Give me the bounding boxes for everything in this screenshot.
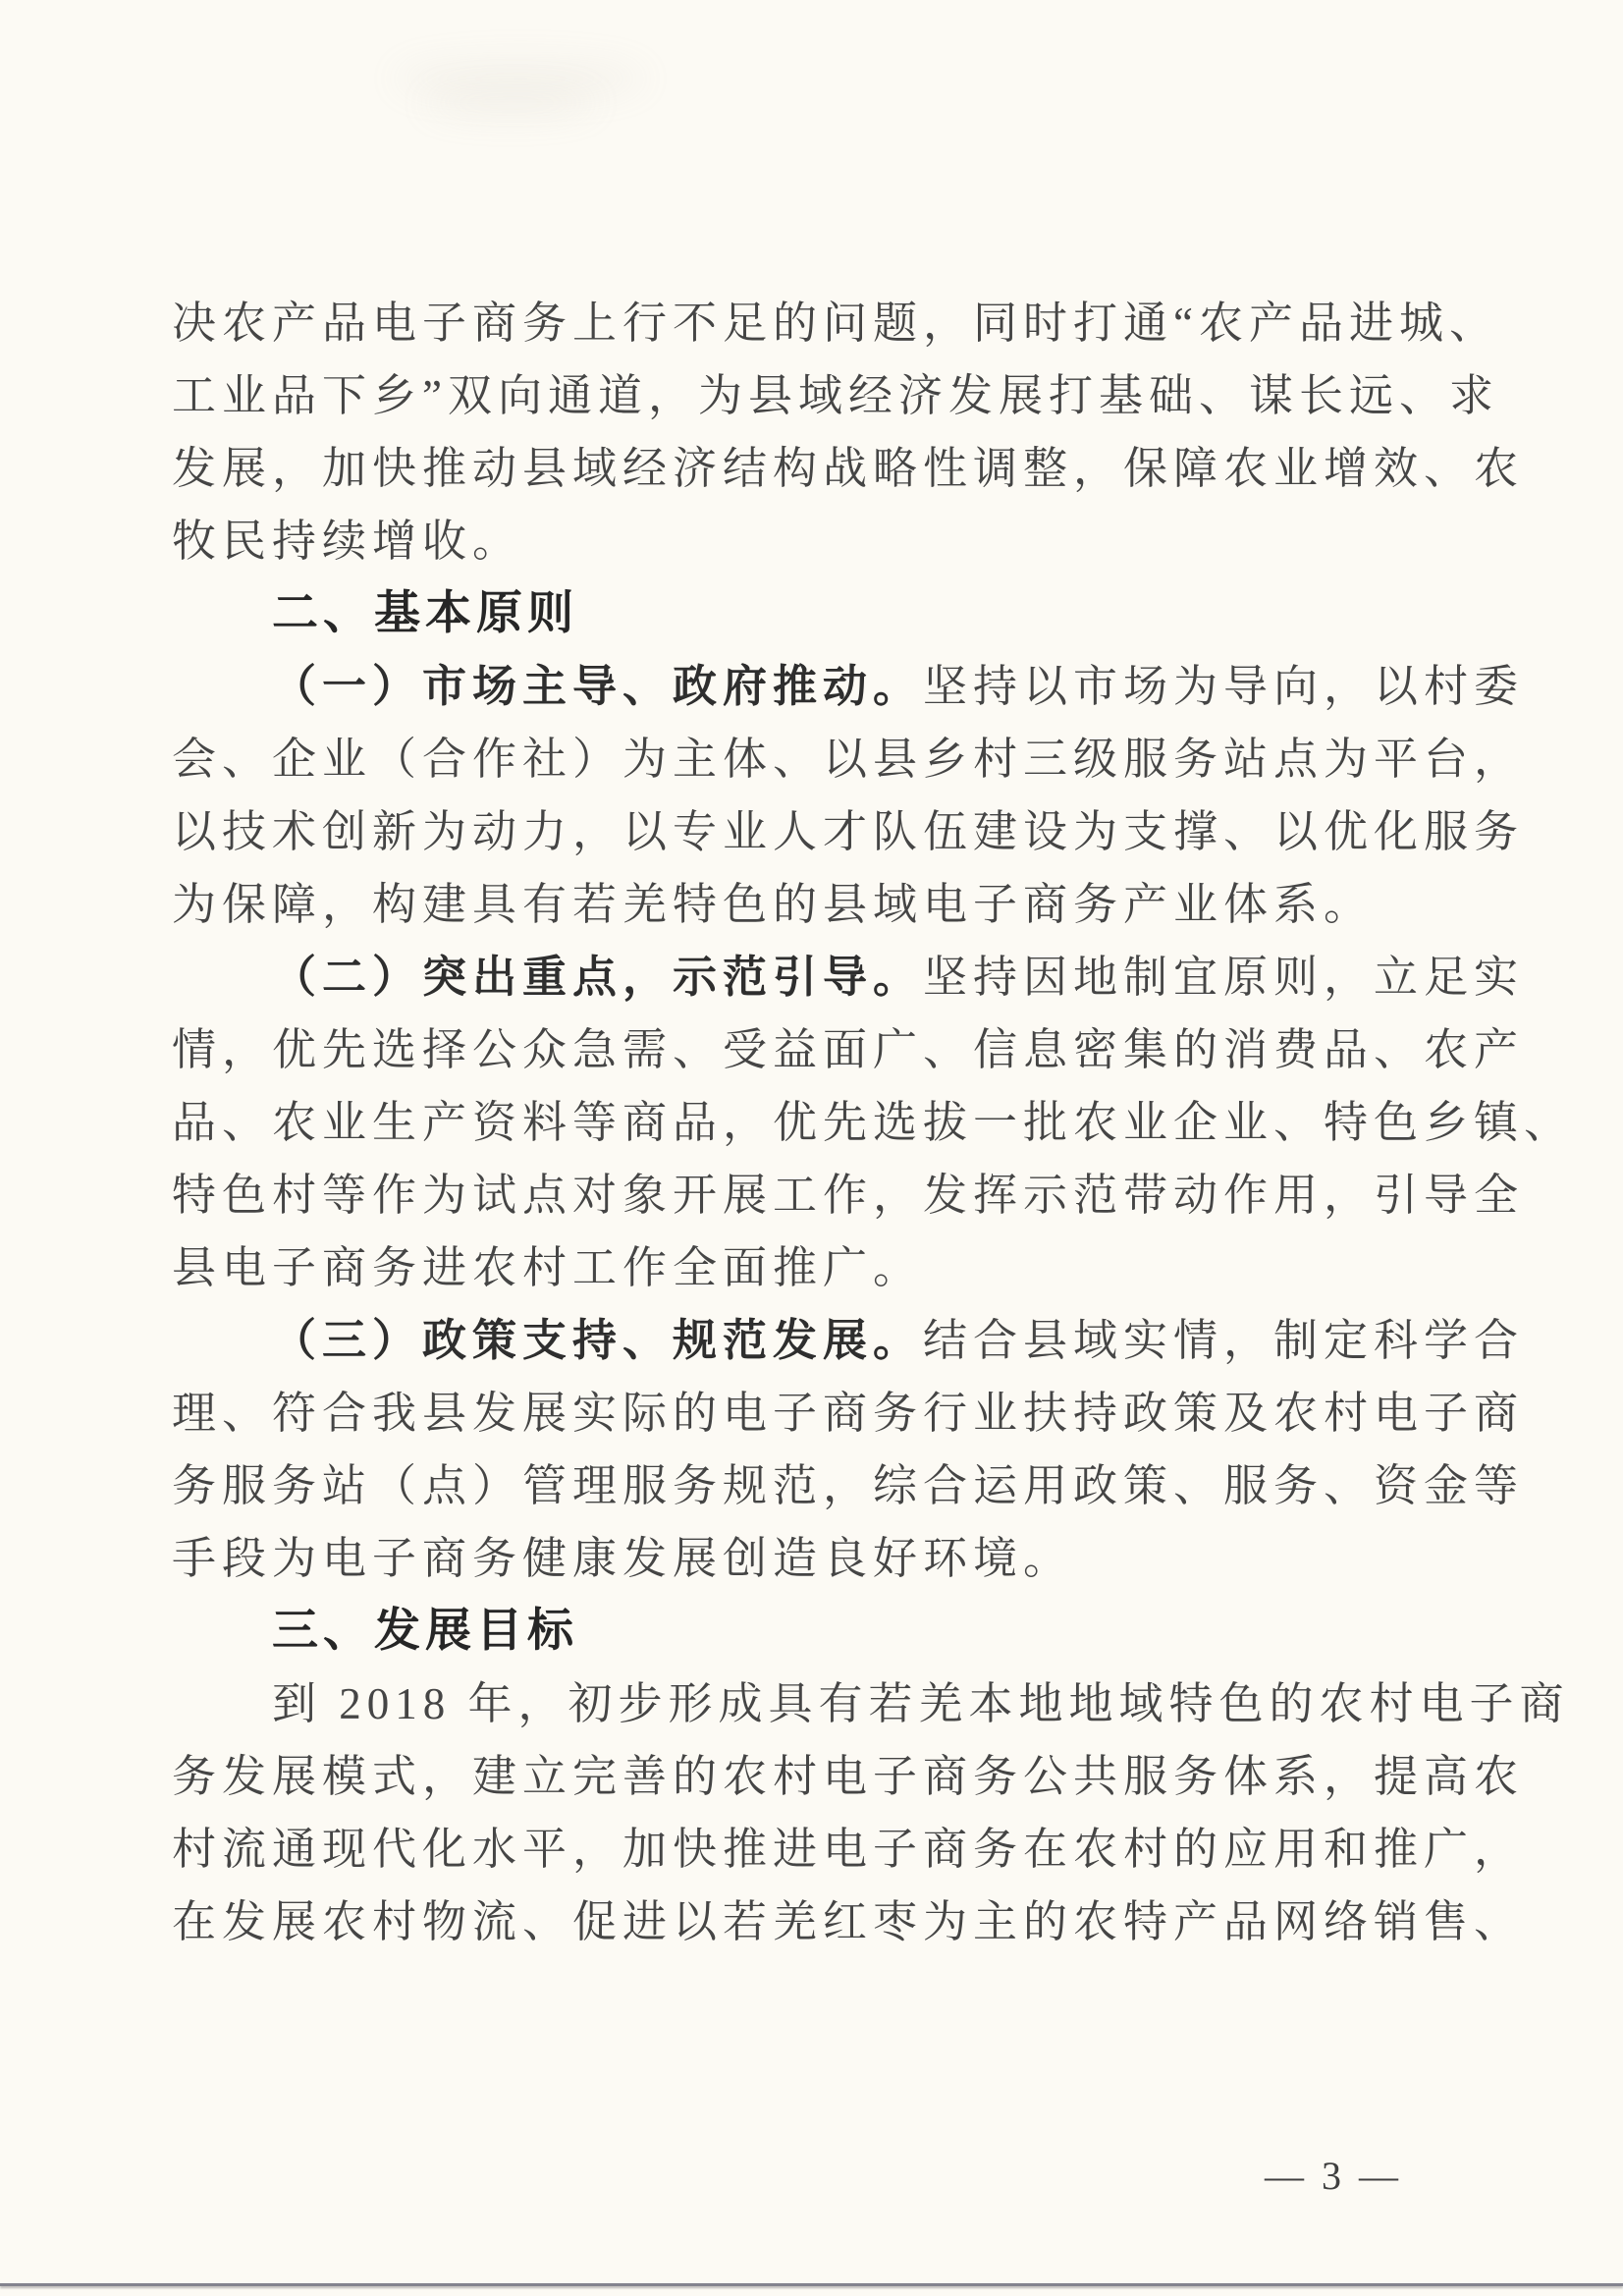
text-line: 村流通现代化水平，加快推进电子商务在农村的应用和推广， <box>172 1813 1492 1886</box>
text-line: 理、符合我县发展实际的电子商务行业扶持政策及农村电子商 <box>172 1377 1492 1449</box>
paragraph-item-1: （一）市场主导、政府推动。坚持以市场为导向，以村委 会、企业（合作社）为主体、以… <box>172 650 1492 941</box>
text-line: 特色村等作为试点对象开展工作，发挥示范带动作用，引导全 <box>172 1159 1492 1231</box>
text-line: 发展，加快推动县域经济结构战略性调整，保障农业增效、农 <box>172 432 1492 505</box>
text-line: 牧民持续增收。 <box>172 505 1492 577</box>
paragraph-item-3: （三）政策支持、规范发展。结合县域实情，制定科学合 理、符合我县发展实际的电子商… <box>172 1304 1492 1595</box>
text-line: （二）突出重点，示范引导。坚持因地制宜原则，立足实 <box>172 941 1492 1013</box>
text-line: 为保障，构建具有若羌特色的县域电子商务产业体系。 <box>172 868 1492 941</box>
section-heading-development-goals: 三、发展目标 <box>172 1595 1492 1667</box>
text-line: 在发展农村物流、促进以若羌红枣为主的农特产品网络销售、 <box>172 1886 1492 1958</box>
paragraph-goals: 到 2018 年，初步形成具有若羌本地地域特色的农村电子商 务发展模式，建立完善… <box>172 1667 1492 1958</box>
paragraph-text: 坚持以市场为导向，以村委 <box>923 662 1524 711</box>
text-line: 决农产品电子商务上行不足的问题，同时打通“农产品进城、 <box>172 287 1492 359</box>
text-line: 务服务站（点）管理服务规范，综合运用政策、服务、资金等 <box>172 1449 1492 1522</box>
paragraph-lead: （一）市场主导、政府推动。 <box>272 662 923 711</box>
paragraph-text: 坚持因地制宜原则，立足实 <box>923 953 1524 1002</box>
text-line: （三）政策支持、规范发展。结合县域实情，制定科学合 <box>172 1304 1492 1377</box>
paragraph-continued: 决农产品电子商务上行不足的问题，同时打通“农产品进城、 工业品下乡”双向通道，为… <box>172 287 1492 577</box>
paragraph-lead: （三）政策支持、规范发展。 <box>272 1316 923 1365</box>
text-line: （一）市场主导、政府推动。坚持以市场为导向，以村委 <box>172 650 1492 723</box>
text-line: 手段为电子商务健康发展创造良好环境。 <box>172 1522 1492 1595</box>
text-line: 会、企业（合作社）为主体、以县乡村三级服务站点为平台， <box>172 723 1492 795</box>
text-line: 以技术创新为动力，以专业人才队伍建设为支撑、以优化服务 <box>172 795 1492 868</box>
paragraph-text: 结合县域实情，制定科学合 <box>923 1316 1524 1365</box>
text-line: 工业品下乡”双向通道，为县域经济发展打基础、谋长远、求 <box>172 359 1492 432</box>
text-line: 县电子商务进农村工作全面推广。 <box>172 1231 1492 1304</box>
text-line: 到 2018 年，初步形成具有若羌本地地域特色的农村电子商 <box>172 1667 1492 1740</box>
paragraph-item-2: （二）突出重点，示范引导。坚持因地制宜原则，立足实 情，优先选择公众急需、受益面… <box>172 941 1492 1304</box>
text-line: 品、农业生产资料等商品，优先选拔一批农业企业、特色乡镇、 <box>172 1086 1492 1159</box>
text-line: 情，优先选择公众急需、受益面广、信息密集的消费品、农产 <box>172 1013 1492 1086</box>
paragraph-lead: （二）突出重点，示范引导。 <box>272 953 923 1002</box>
section-heading-basic-principles: 二、基本原则 <box>172 577 1492 650</box>
document-page: 决农产品电子商务上行不足的问题，同时打通“农产品进城、 工业品下乡”双向通道，为… <box>0 0 1623 2296</box>
scan-edge-line <box>0 2283 1623 2286</box>
scan-artifact <box>422 88 599 118</box>
page-number: — 3 — <box>1265 2153 1402 2199</box>
body-text: 决农产品电子商务上行不足的问题，同时打通“农产品进城、 工业品下乡”双向通道，为… <box>172 287 1492 1958</box>
text-line: 务发展模式，建立完善的农村电子商务公共服务体系，提高农 <box>172 1740 1492 1813</box>
